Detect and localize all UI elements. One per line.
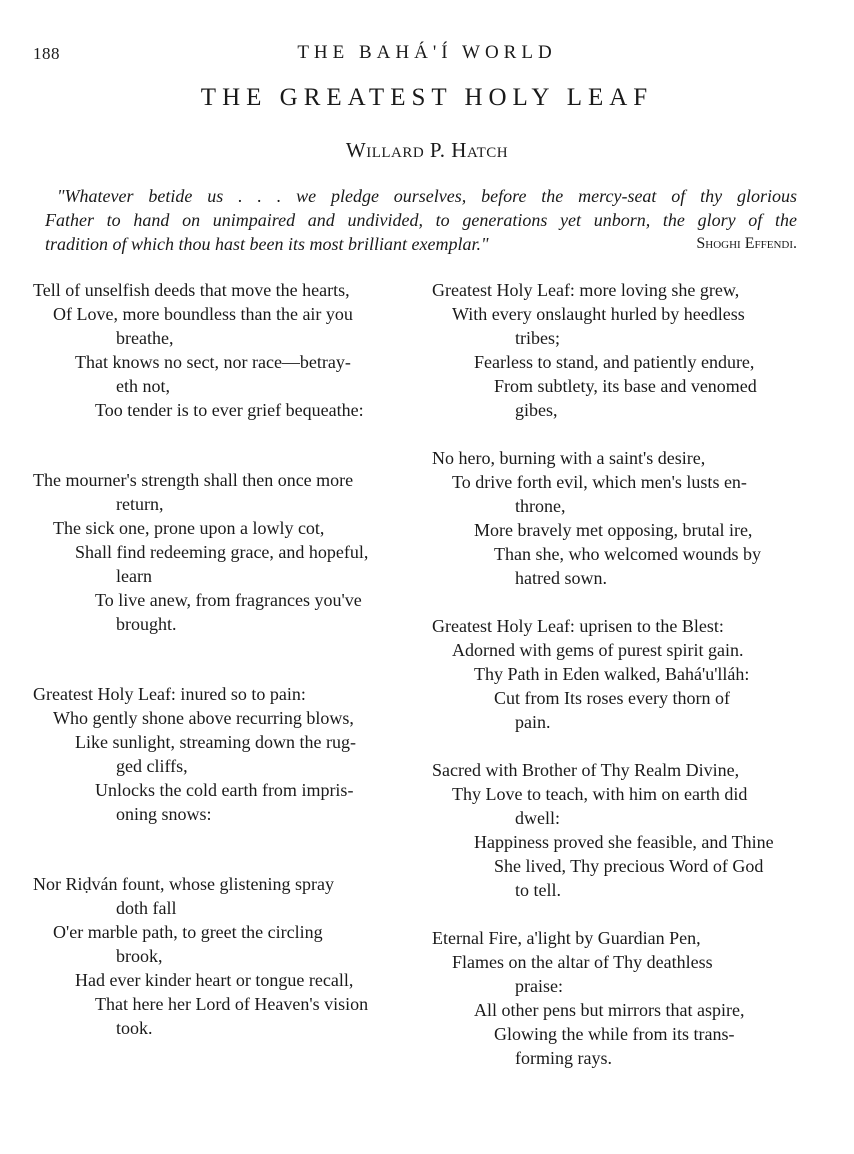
verse-line: Like sunlight, streaming down the rug- xyxy=(33,730,413,754)
verse-line: Tell of unselfish deeds that move the he… xyxy=(33,278,413,302)
verse-line-continuation: oning snows: xyxy=(33,802,413,826)
verse-line: Had ever kinder heart or tongue recall, xyxy=(33,968,413,992)
running-head: THE BAHÁ'Í WORLD xyxy=(0,42,854,64)
verse-line: Sacred with Brother of Thy Realm Divine, xyxy=(432,758,808,782)
verse-line: That knows no sect, nor race—betray- xyxy=(33,350,413,374)
verse-line: That here her Lord of Heaven's vision xyxy=(33,992,413,1016)
stanza: Greatest Holy Leaf: uprisen to the Blest… xyxy=(432,614,808,734)
verse-line: Than she, who welcomed wounds by xyxy=(432,542,808,566)
article-title: THE GREATEST HOLY LEAF xyxy=(0,84,854,112)
verse-line-continuation: doth fall xyxy=(33,896,413,920)
verse-line: With every onslaught hurled by heedless xyxy=(432,302,808,326)
verse-line: Glowing the while from its trans- xyxy=(432,1022,808,1046)
verse-line-continuation: hatred sown. xyxy=(432,566,808,590)
verse-line: More bravely met opposing, brutal ire, xyxy=(432,518,808,542)
verse-line-continuation: dwell: xyxy=(432,806,808,830)
verse-line: From subtlety, its base and venomed xyxy=(432,374,808,398)
stanza: Tell of unselfish deeds that move the he… xyxy=(33,278,413,422)
verse-line: Cut from Its roses every thorn of xyxy=(432,686,808,710)
verse-line: She lived, Thy precious Word of God xyxy=(432,854,808,878)
author-byline: Willard P. Hatch xyxy=(0,138,854,163)
verse-line-continuation: ged cliffs, xyxy=(33,754,413,778)
verse-line-continuation: praise: xyxy=(432,974,808,998)
verse-line: Adorned with gems of purest spirit gain. xyxy=(432,638,808,662)
verse-line-continuation: to tell. xyxy=(432,878,808,902)
verse-line: Happiness proved she feasible, and Thine xyxy=(432,830,808,854)
verse-line-continuation: learn xyxy=(33,564,413,588)
verse-line: Greatest Holy Leaf: more loving she grew… xyxy=(432,278,808,302)
verse-line-continuation: forming rays. xyxy=(432,1046,808,1070)
poem-left-column: Tell of unselfish deeds that move the he… xyxy=(33,278,413,1040)
verse-line: Nor Riḍván fount, whose glistening spray xyxy=(33,872,413,896)
epigraph-line: Father to hand on unimpaired and undivid… xyxy=(45,208,797,232)
verse-line: The sick one, prone upon a lowly cot, xyxy=(33,516,413,540)
verse-line: Thy Love to teach, with him on earth did xyxy=(432,782,808,806)
verse-line: Fearless to stand, and patiently endure, xyxy=(432,350,808,374)
verse-line: Flames on the altar of Thy deathless xyxy=(432,950,808,974)
epigraph-attribution: Shoghi Effendi. xyxy=(696,232,797,256)
verse-line-continuation: return, xyxy=(33,492,413,516)
verse-line-continuation: took. xyxy=(33,1016,413,1040)
stanza: Sacred with Brother of Thy Realm Divine,… xyxy=(432,758,808,902)
stanza: Greatest Holy Leaf: inured so to pain:Wh… xyxy=(33,682,413,826)
stanza: Nor Riḍván fount, whose glistening spray… xyxy=(33,872,413,1040)
verse-line: All other pens but mirrors that aspire, xyxy=(432,998,808,1022)
verse-line: Too tender is to ever grief bequeathe: xyxy=(33,398,413,422)
verse-line: Shall find redeeming grace, and hopeful, xyxy=(33,540,413,564)
epigraph-line: tradition of which thou hast been its mo… xyxy=(45,234,489,254)
verse-line: No hero, burning with a saint's desire, xyxy=(432,446,808,470)
verse-line: O'er marble path, to greet the circling xyxy=(33,920,413,944)
verse-line-continuation: gibes, xyxy=(432,398,808,422)
poem-right-column: Greatest Holy Leaf: more loving she grew… xyxy=(432,278,808,1070)
epigraph-line-last: tradition of which thou hast been its mo… xyxy=(45,232,797,256)
verse-line: Eternal Fire, a'light by Guardian Pen, xyxy=(432,926,808,950)
verse-line: To live anew, from fragrances you've xyxy=(33,588,413,612)
epigraph-line: "Whatever betide us . . . we pledge ours… xyxy=(45,184,797,208)
verse-line-continuation: tribes; xyxy=(432,326,808,350)
verse-line-continuation: throne, xyxy=(432,494,808,518)
stanza: The mourner's strength shall then once m… xyxy=(33,468,413,636)
stanza: Greatest Holy Leaf: more loving she grew… xyxy=(432,278,808,422)
stanza: No hero, burning with a saint's desire,T… xyxy=(432,446,808,590)
verse-line-continuation: brought. xyxy=(33,612,413,636)
verse-line: Greatest Holy Leaf: uprisen to the Blest… xyxy=(432,614,808,638)
verse-line-continuation: breathe, xyxy=(33,326,413,350)
verse-line-continuation: brook, xyxy=(33,944,413,968)
verse-line: Of Love, more boundless than the air you xyxy=(33,302,413,326)
verse-line: Unlocks the cold earth from impris- xyxy=(33,778,413,802)
stanza: Eternal Fire, a'light by Guardian Pen,Fl… xyxy=(432,926,808,1070)
verse-line-continuation: pain. xyxy=(432,710,808,734)
verse-line: Greatest Holy Leaf: inured so to pain: xyxy=(33,682,413,706)
verse-line: Thy Path in Eden walked, Bahá'u'lláh: xyxy=(432,662,808,686)
verse-line: The mourner's strength shall then once m… xyxy=(33,468,413,492)
epigraph: "Whatever betide us . . . we pledge ours… xyxy=(45,184,797,256)
verse-line: To drive forth evil, which men's lusts e… xyxy=(432,470,808,494)
verse-line: Who gently shone above recurring blows, xyxy=(33,706,413,730)
verse-line-continuation: eth not, xyxy=(33,374,413,398)
